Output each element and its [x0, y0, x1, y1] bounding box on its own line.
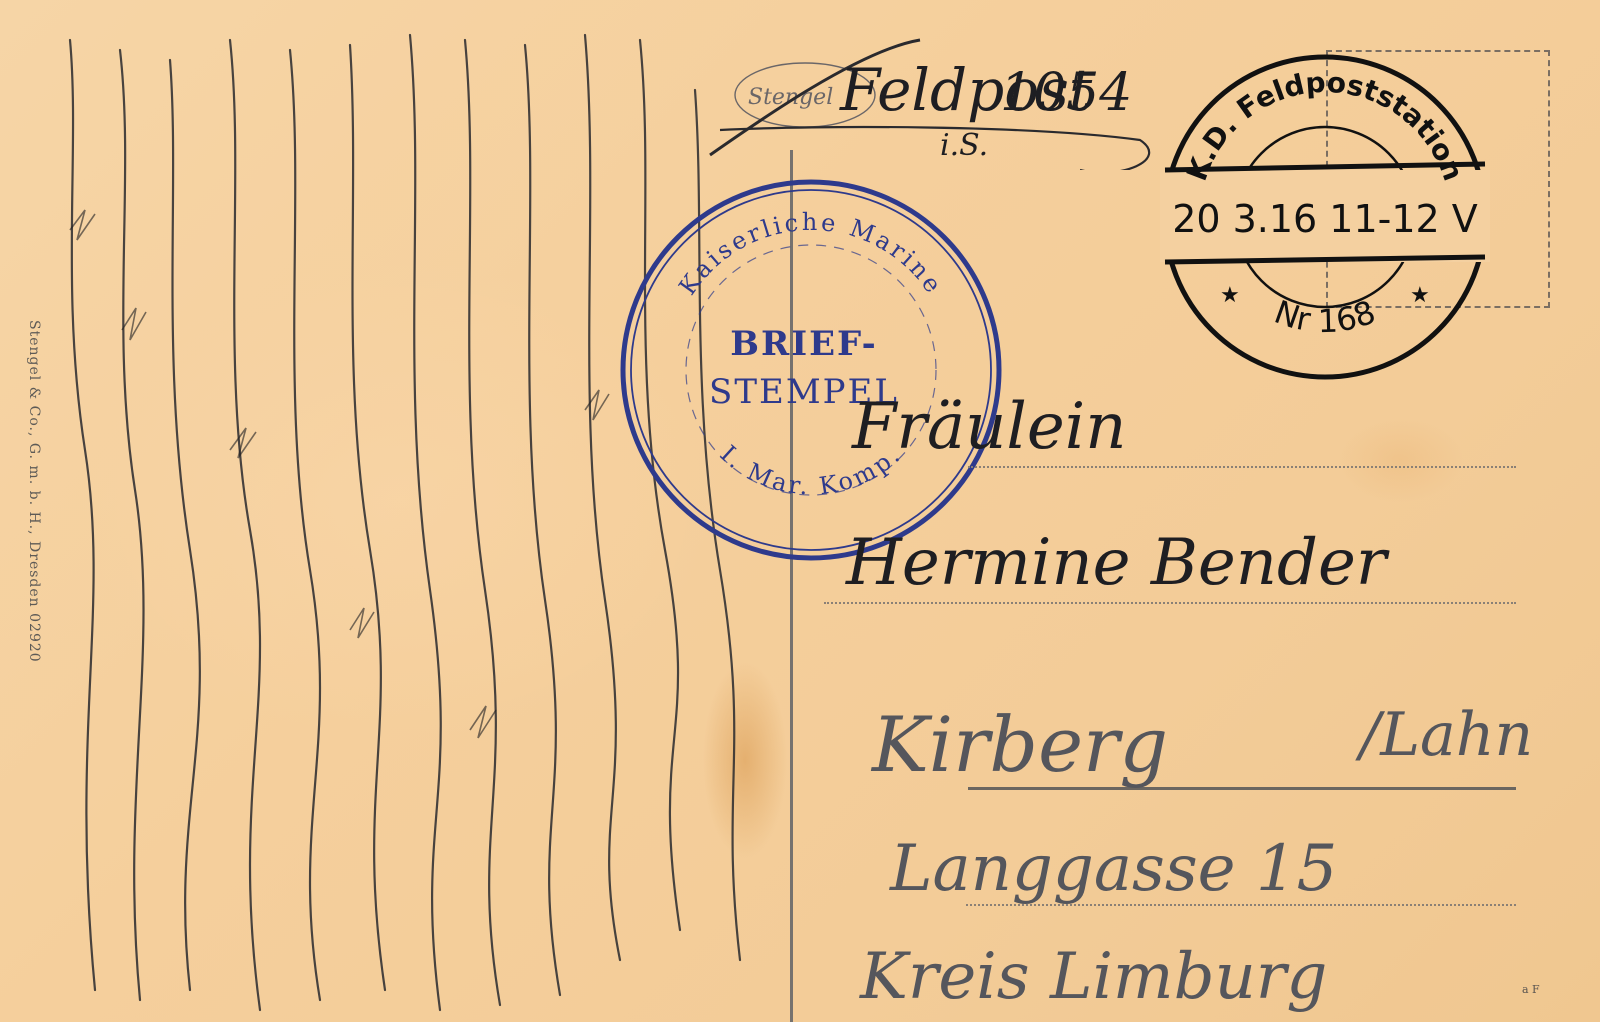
svg-text:★: ★: [1220, 283, 1240, 308]
svg-text:Nr 168: Nr 168: [1270, 293, 1381, 341]
kaiserliche-marine-stamp: Kaiserliche Marine I. Mar. Komp. BRIEF- …: [616, 175, 1006, 565]
postcard: 18.3.16. Stengel & Co., G. m. b. H., Dre…: [0, 0, 1600, 1022]
publisher-imprint: Stengel & Co., G. m. b. H., Dresden 0292…: [26, 320, 42, 663]
address-name: Hermine Bender: [846, 526, 1386, 600]
svg-text:Kaiserliche Marine: Kaiserliche Marine: [673, 208, 948, 300]
postmark-graphic: K.D. Feldpoststation 20 3.16 11-12 V Nr …: [1160, 52, 1490, 382]
address-line-1: [968, 466, 1516, 468]
svg-text:★: ★: [1410, 283, 1430, 308]
address-street: Langgasse 15: [890, 832, 1337, 906]
feldpoststation-postmark: K.D. Feldpoststation 20 3.16 11-12 V Nr …: [1160, 52, 1490, 382]
sender-feldpost-note: Stengel Feldpost 1054 i.S.: [700, 30, 1170, 170]
feldpost-script: Stengel Feldpost 1054 i.S.: [700, 30, 1170, 170]
svg-text:1054: 1054: [1000, 63, 1132, 123]
address-salutation: Fräulein: [852, 390, 1126, 464]
svg-text:i.S.: i.S.: [940, 128, 988, 163]
address-line-2: [824, 602, 1516, 604]
printer-corner-mark: a F: [1522, 983, 1540, 996]
address-town-suffix: /Lahn: [1360, 700, 1533, 770]
address-district: Kreis Limburg: [860, 940, 1327, 1014]
svg-text:20 3.16 11-12 V: 20 3.16 11-12 V: [1172, 197, 1478, 241]
address-town: Kirberg: [872, 700, 1168, 789]
svg-text:BRIEF-: BRIEF-: [730, 324, 878, 364]
unit-stamp-graphic: Kaiserliche Marine I. Mar. Komp. BRIEF- …: [616, 175, 1006, 565]
svg-text:Stengel: Stengel: [748, 85, 833, 110]
